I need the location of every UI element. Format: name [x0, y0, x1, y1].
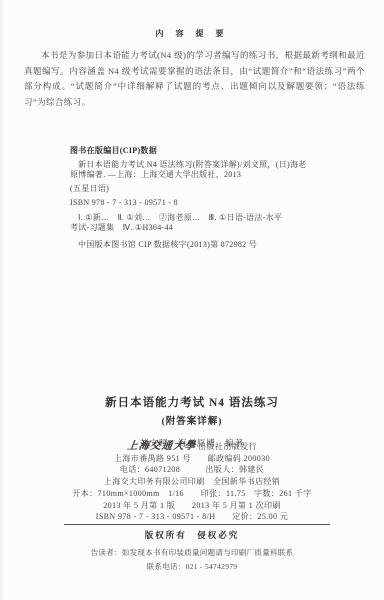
cip-entry-line-2: 原博编著. —上海：上海交通大学出版社，2013	[70, 170, 332, 180]
edition-printing-line: 2013 年 5 月第 1 版 2013 年 5 月第 1 次印刷	[0, 500, 384, 512]
reader-quality-notice: 告读者：如发现本书有印装质量问题请与印刷厂质量科联系	[0, 547, 384, 558]
phone-publisher-person-line: 电话：64071208 出版人：韩建民	[0, 464, 384, 476]
printer-distributor-line: 上海交大印务有限公司印刷 全国新华书店经销	[0, 476, 384, 488]
format-sheets-words-line: 开本：710mm×1000mm 1/16 印张：11.75 字数：261 千字	[0, 488, 384, 500]
cip-heading: 图书在版编目(CIP)数据	[70, 146, 332, 156]
divider-rule	[64, 524, 330, 525]
book-title: 新日本语能力考试 N4 语法练习	[0, 394, 384, 410]
cip-entry-line-1: 新日本语能力考试 N4 语法练习(附答案详解)/刘文照，(日)海老	[70, 160, 332, 170]
content-summary-section: 内 容 提 要 本书是为参加日本语能力考试(N4 级)的学习者编写的练习书，根据…	[0, 28, 384, 110]
publisher-address-line: 上海市番禺路 951 号 邮政编码 200030	[0, 453, 384, 465]
cip-data-block: 图书在版编目(CIP)数据 新日本语能力考试 N4 语法练习(附答案详解)/刘文…	[70, 146, 332, 250]
cip-classification-line-1: Ⅰ. ①新… Ⅱ. ①刘… ②海老原… Ⅲ. ①日语-语法-水平	[70, 213, 332, 223]
cip-isbn: ISBN 978 - 7 - 313 - 09571 - 8	[70, 198, 332, 208]
publisher-line-rest: 出版社出版发行	[198, 442, 257, 451]
cip-record-number: 中国版本图书馆 CIP 数据核字(2013)第 072982 号	[70, 240, 332, 250]
contact-phone: 联系电话：021 - 54742979	[0, 561, 384, 572]
content-summary-heading: 内 容 提 要	[0, 28, 384, 39]
book-subtitle: (附答案详解)	[0, 413, 384, 427]
content-summary-text: 本书是为参加日本语能力考试(N4 级)的学习者编写的练习书，根据最新考纲和最近真…	[24, 48, 365, 110]
imprint-section: 上海交通大學出版社出版发行 上海市番禺路 951 号 邮政编码 200030 电…	[0, 441, 384, 523]
book-copyright-page: 内 容 提 要 本书是为参加日本语能力考试(N4 级)的学习者编写的练习书，根据…	[0, 0, 384, 600]
publisher-line: 上海交通大學出版社出版发行	[0, 441, 384, 453]
isbn-price-line: ISBN 978 - 7 - 313 - 09571 - 8/H 定价：25.0…	[0, 511, 384, 523]
footer-section: 版权所有 侵权必究 告读者：如发现本书有印装质量问题请与印刷厂质量科联系 联系电…	[0, 529, 384, 572]
publisher-logo-script: 上海交通大學	[126, 441, 196, 453]
cip-series: (五星日语)	[70, 184, 332, 194]
cip-classification-line-2: 考试-习题集 Ⅳ. ①H364-44	[70, 223, 332, 233]
copyright-notice: 版权所有 侵权必究	[0, 529, 384, 541]
